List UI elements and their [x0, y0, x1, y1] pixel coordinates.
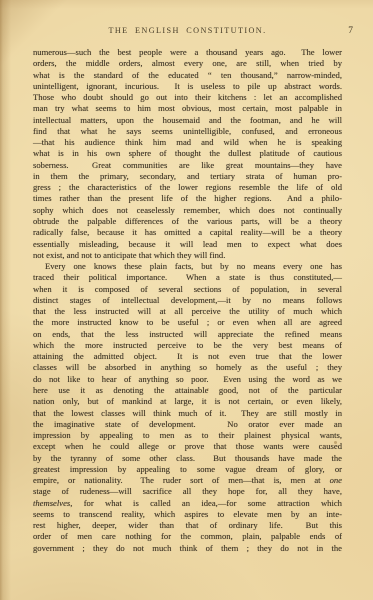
text-line: —that his audience think him mad and wil…	[33, 137, 342, 148]
text-line: intellectual matters, upon the housemaid…	[33, 115, 342, 126]
text-line: the imaginative state of development. No…	[33, 419, 342, 430]
text-line: which the more instructed perceive to be…	[33, 340, 342, 351]
text-line: impression by appealing to men as to the…	[33, 430, 342, 441]
page-header: THE ENGLISH CONSTITUTION. 7	[33, 25, 342, 37]
text-line: government ; they do not much think of t…	[33, 543, 342, 554]
text-line: that the lowest classes will think much …	[33, 408, 342, 419]
text-line: rest higher, deeper, wider than that of …	[33, 520, 342, 531]
text-line: soberness. Great communities are like gr…	[33, 160, 342, 171]
text-line: unintelligent, ignorant, incurious. It i…	[33, 81, 342, 92]
page-number: 7	[348, 25, 353, 37]
text-block: numerous—such the best people were a tho…	[33, 47, 342, 554]
text-line: except when he could allege or prove tha…	[33, 441, 342, 452]
text-line: on ends, that the less instructed will a…	[33, 329, 342, 340]
text-line: times rather than the present life of th…	[33, 193, 342, 204]
text-line: order of men care nothing for the common…	[33, 531, 342, 542]
text-line: in them the primary, secondary, and tert…	[33, 171, 342, 182]
text-line: obtrude the palpable differences of the …	[33, 216, 342, 227]
text-line: traced their political importance. When …	[33, 272, 342, 283]
text-line: here use it as denoting the attainable g…	[33, 385, 342, 396]
text-line: Every one knows these plain facts, but b…	[33, 261, 342, 272]
text-line: classes will be absorbed in anything so …	[33, 362, 342, 373]
text-line: man try what seems to him most obvious, …	[33, 103, 342, 114]
running-title: THE ENGLISH CONSTITUTION.	[33, 25, 342, 37]
text-line: attaining the admitted object. It is not…	[33, 351, 342, 362]
text-line: find that what he says seems unintelligi…	[33, 126, 342, 137]
text-line: gress ; the characteristics of the lower…	[33, 182, 342, 193]
book-page: THE ENGLISH CONSTITUTION. 7 numerous—suc…	[0, 0, 373, 600]
text-line: by the tyranny of some other class. But …	[33, 453, 342, 464]
text-line: that the less instructed will at all per…	[33, 306, 342, 317]
text-line: seems to transcend reality, which aspire…	[33, 509, 342, 520]
text-line: nation only, but of mankind at large, it…	[33, 396, 342, 407]
text-line: themselves, for what is called an idea,—…	[33, 498, 342, 509]
text-line: empire, or nationality. The ruder sort o…	[33, 475, 342, 486]
text-line: Those who doubt should go out into their…	[33, 92, 342, 103]
text-line: not exist, and not to anticipate that wh…	[33, 250, 342, 261]
text-line: radically false, because it has omitted …	[33, 227, 342, 238]
text-line: do not like to hear of anything so poor.…	[33, 374, 342, 385]
text-line: numerous—such the best people were a tho…	[33, 47, 342, 58]
paper-speck	[334, 441, 337, 444]
text-line: when it is composed of several sections …	[33, 284, 342, 295]
text-line: greatest impression by appealing to some…	[33, 464, 342, 475]
text-line: orders, the middle orders, almost every …	[33, 58, 342, 69]
paper-speck	[207, 388, 209, 390]
text-line: sophy which does not ceaselessly remembe…	[33, 205, 342, 216]
text-line: the more instructed know to be useful ; …	[33, 317, 342, 328]
text-line: essentially misleading, because it will …	[33, 239, 342, 250]
text-line: stage of rudeness—will sacrifice all the…	[33, 486, 342, 497]
text-line: what is the standard of the educated “ t…	[33, 70, 342, 81]
text-line: distinct stages of intellectual developm…	[33, 295, 342, 306]
text-line: what is in his own sphere of thought the…	[33, 148, 342, 159]
